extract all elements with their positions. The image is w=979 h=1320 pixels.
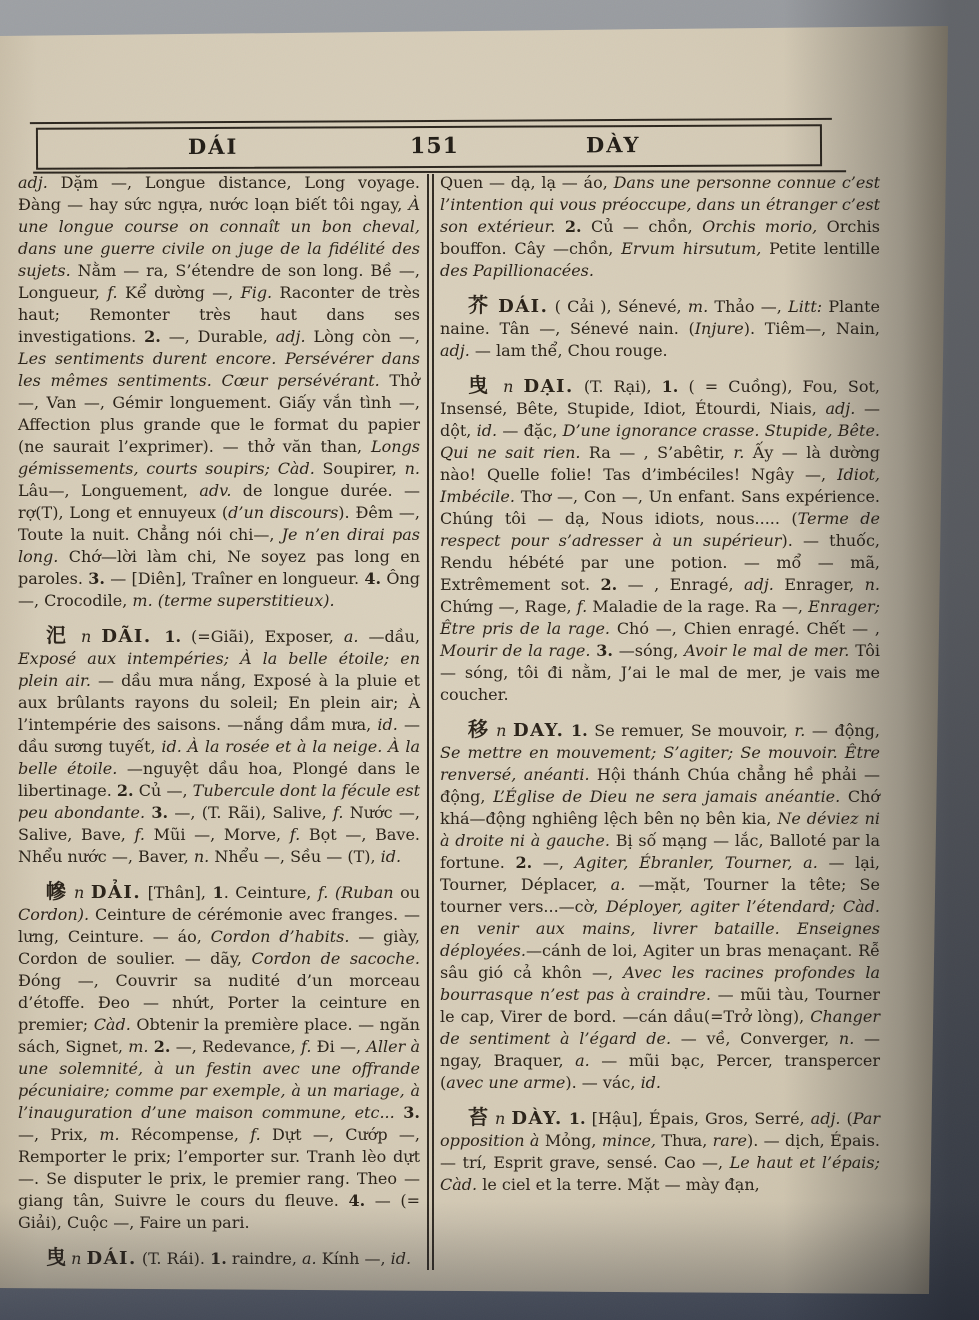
dictionary-entry: Quen — dạ, lạ — áo, Dans une personne co… [440, 172, 880, 282]
book-page: DÁI 151 DÀY adj. Dặm —, Longue distance,… [0, 26, 950, 1298]
column-divider [427, 174, 434, 1270]
page-header: DÁI 151 DÀY [36, 124, 822, 169]
left-column: adj. Dặm —, Longue distance, Long voyage… [18, 172, 420, 1270]
dictionary-entry: 曳 n DÁI. (T. Rái). 1. raindre, a. Kính —… [18, 1247, 420, 1270]
dictionary-entry: 苔 n DÀY. 1. [Hậu], Épais, Gros, Serré, a… [440, 1107, 880, 1196]
dictionary-entry: 芥 DÁI. ( Cải ), Sénevé, m. Thảo —, Litt:… [440, 295, 880, 362]
header-page-number: 151 [410, 133, 459, 159]
header-right-guideword: DÀY [586, 132, 641, 157]
dictionary-entry: adj. Dặm —, Longue distance, Long voyage… [18, 172, 420, 612]
right-column: Quen — dạ, lạ — áo, Dans une personne co… [440, 172, 880, 1270]
dictionary-entry: 移 n DAY. 1. Se remuer, Se mouvoir, r. — … [440, 719, 880, 1094]
text-columns: adj. Dặm —, Longue distance, Long voyage… [18, 172, 880, 1270]
header-left-guideword: DÁI [188, 134, 238, 159]
dictionary-entry: 幓 n DẢI. [Thân], 1. Ceinture, f. (Ruban … [18, 881, 420, 1234]
dictionary-entry: 汜 n DÃI. 1. (=Giãi), Exposer, a. —dầu, E… [18, 625, 420, 868]
dictionary-entry: 曳 n DẠI. (T. Rại), 1. ( = Cuồng), Fou, S… [440, 375, 880, 706]
photo-background: DÁI 151 DÀY adj. Dặm —, Longue distance,… [0, 0, 979, 1320]
